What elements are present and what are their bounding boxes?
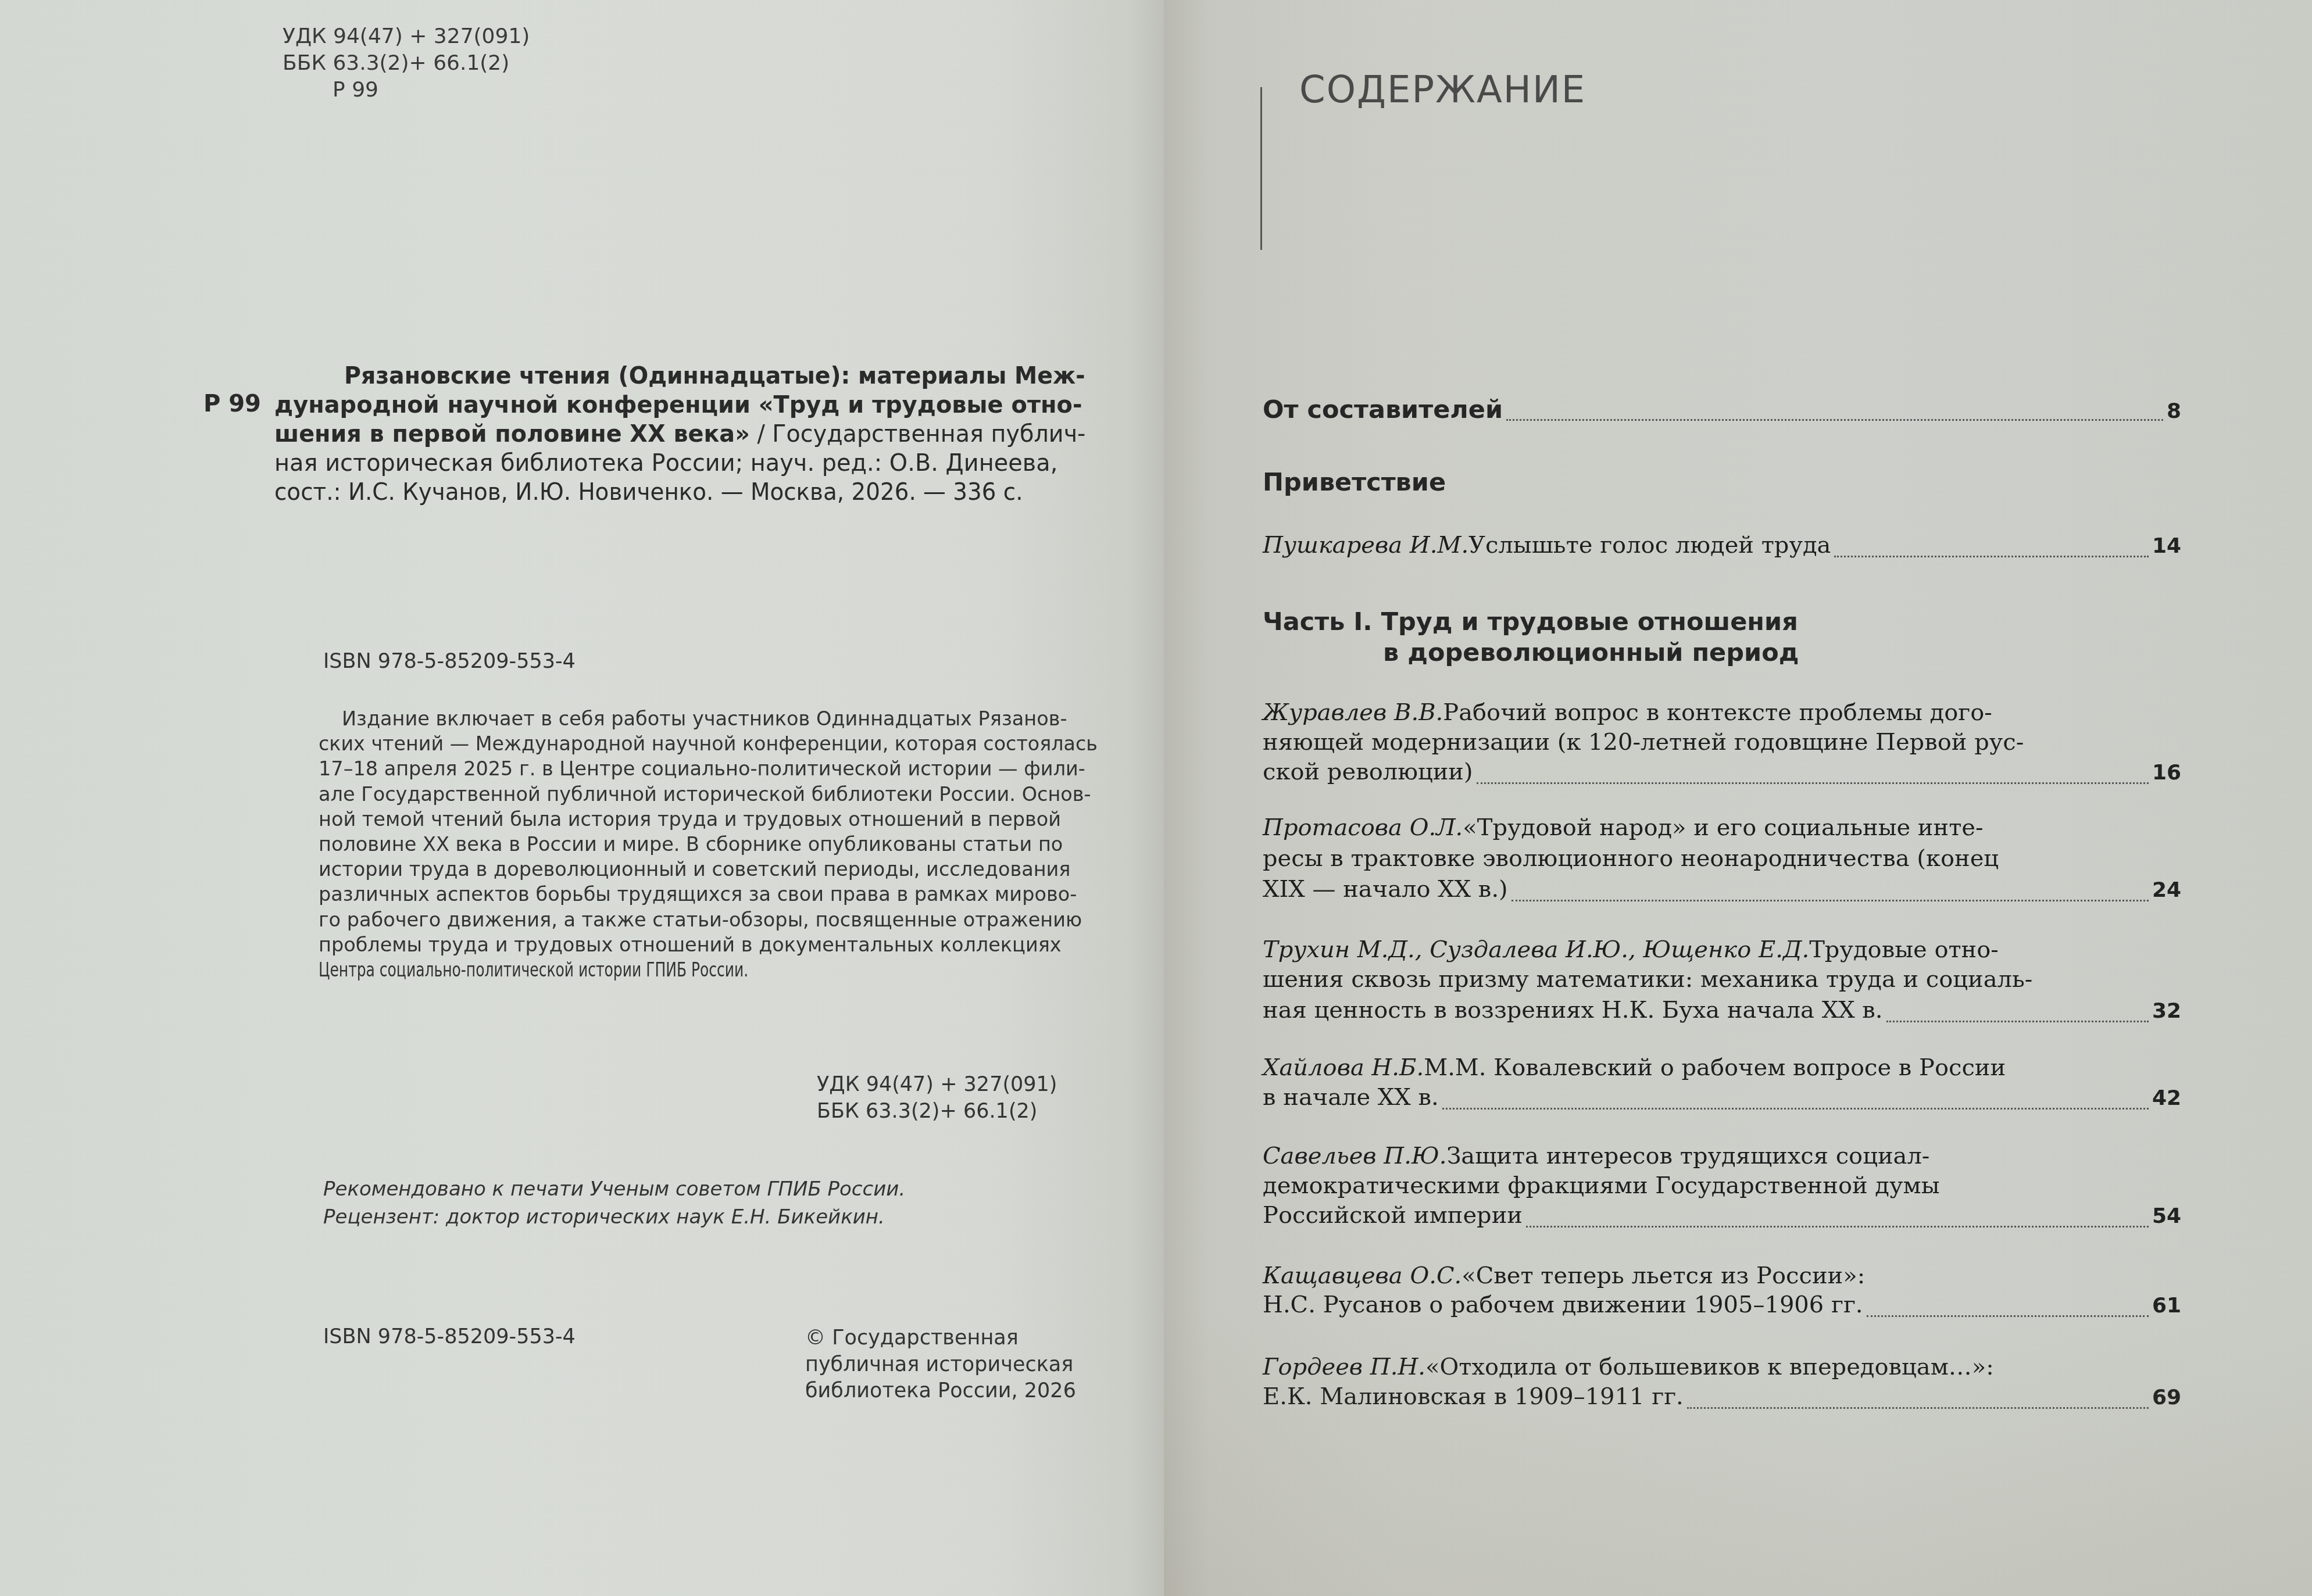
toc-leader-dots <box>1506 418 2163 421</box>
toc-line: От составителей8 <box>1263 395 2181 425</box>
copyright-line: библиотека России, 2026 <box>805 1378 1076 1405</box>
annotation-line: различных аспектов борьбы трудящихся за … <box>319 882 1098 907</box>
udk-code-bottom: УДК 94(47) + 327(091) <box>817 1071 1057 1098</box>
catalog-code: Р 99 <box>203 391 261 417</box>
toc-author: Трухин М.Д., Суздалева И.Ю., Ющенко Е.Д. <box>1263 936 1809 963</box>
toc-article-title: демократическими фракциями Государственн… <box>1263 1172 1939 1199</box>
toc-article-title: «Трудовой народ» и его социальные инте- <box>1463 814 1983 841</box>
toc-article-title: Услышьте голос людей труда <box>1468 532 1831 559</box>
toc-page-number: 8 <box>2167 399 2181 423</box>
toc-line: Савельев П.Ю. Защита интересов трудящихс… <box>1263 1143 1929 1173</box>
toc-line: ской революции)16 <box>1263 758 2181 789</box>
toc-section-title: От составителей <box>1263 395 1503 424</box>
toc-author: Кащавцева О.С. <box>1263 1262 1461 1289</box>
toc-line: Е.К. Малиновская в 1909–1911 гг.69 <box>1263 1383 2181 1414</box>
isbn-top: ISBN 978-5-85209-553-4 <box>323 650 576 673</box>
bibliographic-line: ная историческая библиотека России; науч… <box>274 449 1085 478</box>
toc-article-title: Защита интересов трудящихся социал- <box>1446 1143 1929 1169</box>
annotation-line: проблемы труда и трудовых отношений в до… <box>319 932 1098 957</box>
toc-line: XIX — начало XX в.)24 <box>1263 876 2181 906</box>
bibliographic-record: Рязановские чтения (Одиннадцатые): матер… <box>274 362 1088 507</box>
toc-author: Журавлев В.В. <box>1263 699 1443 726</box>
toc-line: Протасова О.Л. «Трудовой народ» и его со… <box>1263 814 1984 844</box>
bibliographic-line: Рязановские чтения (Одиннадцатые): матер… <box>344 362 1077 391</box>
toc-leader-dots <box>1867 1315 2149 1317</box>
toc-line: Хайлова Н.Б. М.М. Ковалевский о рабочем … <box>1263 1054 2006 1085</box>
annotation-line: половине XX века в России и мире. В сбор… <box>319 832 1098 857</box>
toc-article-title: Трудовые отно- <box>1809 936 1999 963</box>
copyright-line: © Государственная <box>805 1325 1076 1352</box>
toc-author: Гордеев П.Н. <box>1263 1354 1425 1380</box>
annotation-line: Центра социально-политической истории ГП… <box>319 957 900 982</box>
annotation-line: ских чтений — Международной научной конф… <box>319 731 1094 756</box>
toc-page-number: 42 <box>2152 1086 2181 1110</box>
toc-leader-dots <box>1511 899 2149 901</box>
annotation-line: истории труда в дореволюционный и советс… <box>319 857 1098 882</box>
isbn-bottom: ISBN 978-5-85209-553-4 <box>323 1325 576 1348</box>
recommended-note: Рекомендовано к печати Ученым советом ГП… <box>323 1175 905 1203</box>
toc-page-number: 69 <box>2152 1386 2181 1409</box>
toc-author: Пушкарева И.М. <box>1263 532 1468 559</box>
copyright-notice: © Государственнаяпубличная историческаяб… <box>805 1325 1076 1405</box>
annotation-line: 17–18 апреля 2025 г. в Центре социально-… <box>319 756 1098 781</box>
toc-leader-dots <box>1886 1020 2149 1022</box>
title-vertical-rule <box>1260 87 1262 250</box>
toc-line: Пушкарева И.М. Услышьте голос людей труд… <box>1263 532 2181 562</box>
annotation-line: го рабочего движения, а также статьи-обз… <box>319 907 1098 932</box>
toc-article-title: Российской империи <box>1263 1202 1523 1229</box>
toc-line: в начале XX в.42 <box>1263 1084 2181 1114</box>
toc-author: Протасова О.Л. <box>1263 814 1463 841</box>
toc-article-title: в начале XX в. <box>1263 1084 1439 1111</box>
author-mark: Р 99 <box>283 77 530 103</box>
bibliographic-line: дународной научной конференции «Труд и т… <box>274 391 1085 420</box>
toc-section-title: Приветствие <box>1263 468 1446 497</box>
toc-line: ная ценность в воззрениях Н.К. Буха нача… <box>1263 997 2181 1027</box>
toc-leader-dots <box>1526 1225 2149 1228</box>
annotation-line: але Государственной публичной историческ… <box>319 782 1098 807</box>
toc-leader-dots <box>1687 1407 2149 1409</box>
right-page-contents: СОДЕРЖАНИЕ От составителей8ПриветствиеПу… <box>1164 0 2312 1596</box>
toc-line: Трухин М.Д., Суздалева И.Ю., Ющенко Е.Д.… <box>1263 936 1999 967</box>
toc-page-number: 32 <box>2152 999 2181 1023</box>
toc-article-title: XIX — начало XX в.) <box>1263 876 1508 903</box>
toc-author: Савельев П.Ю. <box>1263 1143 1446 1169</box>
toc-line: Российской империи54 <box>1263 1202 2181 1232</box>
toc-line: Кащавцева О.С. «Свет теперь льется из Ро… <box>1263 1262 1865 1293</box>
top-classification-codes: УДК 94(47) + 327(091) ББК 63.3(2)+ 66.1(… <box>283 23 530 103</box>
toc-article-title: шения сквозь призму математики: механика… <box>1263 966 2032 993</box>
toc-article-title: ресы в трактовке эволюционного неонародн… <box>1263 845 1999 872</box>
annotation-line: Издание включает в себя работы участнико… <box>342 706 1098 731</box>
toc-article-title: Е.К. Малиновская в 1909–1911 гг. <box>1263 1383 1684 1410</box>
udk-code: УДК 94(47) + 327(091) <box>283 23 530 50</box>
toc-line: демократическими фракциями Государственн… <box>1263 1172 1939 1203</box>
toc-article-title: «Свет теперь льется из России»: <box>1461 1262 1865 1289</box>
toc-article-title: ской революции) <box>1263 758 1473 785</box>
bbk-code: ББК 63.3(2)+ 66.1(2) <box>283 50 530 77</box>
annotation-line: ной темой чтений была история труда и тр… <box>319 807 1098 832</box>
toc-leader-dots <box>1477 782 2149 784</box>
toc-article-title: Рабочий вопрос в контексте проблемы дого… <box>1443 699 1992 726</box>
contents-title: СОДЕРЖАНИЕ <box>1299 69 1586 112</box>
toc-page-number: 54 <box>2152 1204 2181 1228</box>
toc-page-number: 61 <box>2152 1294 2181 1318</box>
toc-line: Журавлев В.В. Рабочий вопрос в контексте… <box>1263 699 1992 729</box>
toc-leader-dots <box>1442 1107 2149 1110</box>
toc-line: ресы в трактовке эволюционного неонародн… <box>1263 845 1999 875</box>
toc-page-number: 14 <box>2152 534 2181 558</box>
copyright-line: публичная историческая <box>805 1352 1076 1379</box>
toc-line: Н.С. Русанов о рабочем движении 1905–190… <box>1263 1291 2181 1322</box>
bbk-code-bottom: ББК 63.3(2)+ 66.1(2) <box>817 1098 1057 1125</box>
toc-author: Хайлова Н.Б. <box>1263 1054 1424 1081</box>
toc-article-title: Н.С. Русанов о рабочем движении 1905–190… <box>1263 1291 1863 1318</box>
toc-line: Приветствие <box>1263 468 2181 498</box>
publication-approval: Рекомендовано к печати Ученым советом ГП… <box>323 1175 905 1231</box>
toc-page-number: 16 <box>2152 761 2181 785</box>
bottom-classification-codes: УДК 94(47) + 327(091) ББК 63.3(2)+ 66.1(… <box>817 1071 1057 1125</box>
part-title-line: Часть I. Труд и трудовые отношения <box>1263 607 1798 636</box>
toc-article-title: ная ценность в воззрениях Н.К. Буха нача… <box>1263 997 1883 1024</box>
toc-article-title: няющей модернизации (к 120-летней годовщ… <box>1263 729 2024 756</box>
toc-line: шения сквозь призму математики: механика… <box>1263 966 2032 996</box>
toc-page-number: 24 <box>2152 878 2181 902</box>
part-subtitle-line: в дореволюционный период <box>1383 638 1799 667</box>
left-page-imprint: УДК 94(47) + 327(091) ББК 63.3(2)+ 66.1(… <box>0 0 1164 1596</box>
reviewer-note: Рецензент: доктор исторических наук Е.Н.… <box>323 1203 905 1231</box>
toc-leader-dots <box>1834 555 2148 557</box>
bibliographic-line: шения в первой половине XX века» / Госуд… <box>274 420 1082 449</box>
toc-article-title: М.М. Ковалевский о рабочем вопросе в Рос… <box>1424 1054 2006 1081</box>
toc-line: няющей модернизации (к 120-летней годовщ… <box>1263 729 2024 759</box>
bibliographic-line: сост.: И.С. Кучанов, И.Ю. Новиченко. — М… <box>274 478 1065 507</box>
annotation: Издание включает в себя работы участнико… <box>319 706 1086 982</box>
toc-line: Гордеев П.Н. «Отходила от большевиков к … <box>1263 1354 1994 1384</box>
toc-article-title: «Отходила от большевиков к впередовцам…»… <box>1425 1354 1994 1380</box>
